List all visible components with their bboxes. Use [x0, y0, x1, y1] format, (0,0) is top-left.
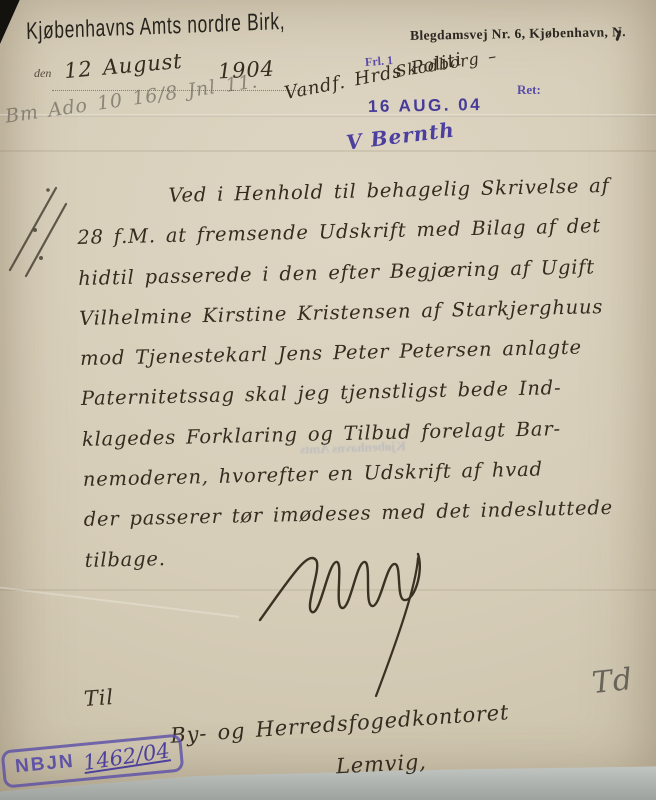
scanned-letter-photo: Kjøbenhavns Amts nordre Birk, Blegdamsve… — [0, 0, 656, 800]
registry-stamp-label: NBJN — [14, 751, 76, 779]
received-stamp-frl: Frl. 1 — [365, 53, 394, 70]
registry-stamp-number: 1462/04 — [81, 738, 171, 775]
received-stamp-ret: Ret: — [517, 82, 541, 98]
addressee-town: Lemvig, — [335, 750, 427, 779]
letter-body: Ved i Henhold til behagelig Skrivelse af… — [76, 165, 645, 581]
pencil-initials: Td — [590, 662, 634, 701]
to-label: Til — [83, 685, 114, 711]
received-date-stamp: 16 AUG. 04 — [368, 95, 482, 117]
sender-signature — [256, 534, 466, 709]
enclosure-mark — [4, 174, 70, 283]
date-prefix-label: den — [34, 66, 51, 81]
